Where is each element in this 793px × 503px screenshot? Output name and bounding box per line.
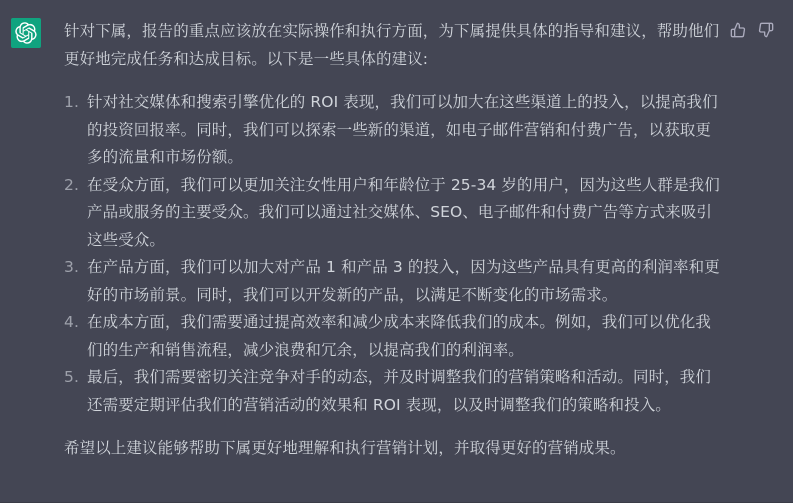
list-item-number: 2. [64,172,79,200]
openai-logo-icon [15,22,37,44]
thumbs-up-button[interactable] [729,21,747,39]
assistant-avatar [11,18,41,48]
list-item: 5. 最后，我们需要密切关注竞争对手的动态，并及时调整我们的营销策略和活动。同时… [64,364,724,419]
thumbs-down-button[interactable] [757,21,775,39]
message-content: 针对下属，报告的重点应该放在实际操作和执行方面，为下属提供具体的指导和建议，帮助… [64,18,724,463]
list-item-text: 最后，我们需要密切关注竞争对手的动态，并及时调整我们的营销策略和活动。同时，我们… [87,368,711,414]
thumbs-up-icon [730,22,746,38]
list-item: 1. 针对社交媒体和搜索引擎优化的 ROI 表现，我们可以加大在这些渠道上的投入… [64,89,724,172]
list-item-text: 在产品方面，我们可以加大对产品 1 和产品 3 的投入，因为这些产品具有更高的利… [87,258,720,304]
list-item: 2. 在受众方面，我们可以更加关注女性用户和年龄位于 25-34 岁的用户，因为… [64,172,724,255]
list-item-number: 5. [64,364,79,392]
closing-paragraph: 希望以上建议能够帮助下属更好地理解和执行营销计划，并取得更好的营销成果。 [64,435,724,463]
intro-paragraph: 针对下属，报告的重点应该放在实际操作和执行方面，为下属提供具体的指导和建议，帮助… [64,18,724,73]
thumbs-down-icon [758,22,774,38]
list-item: 3. 在产品方面，我们可以加大对产品 1 和产品 3 的投入，因为这些产品具有更… [64,254,724,309]
feedback-buttons [729,21,775,39]
list-item-text: 在受众方面，我们可以更加关注女性用户和年龄位于 25-34 岁的用户，因为这些人… [87,176,720,249]
list-item-number: 4. [64,309,79,337]
list-item: 4. 在成本方面，我们需要通过提高效率和减少成本来降低我们的成本。例如，我们可以… [64,309,724,364]
list-item-number: 1. [64,89,79,117]
list-item-text: 在成本方面，我们需要通过提高效率和减少成本来降低我们的成本。例如，我们可以优化我… [87,313,711,359]
list-item-text: 针对社交媒体和搜索引擎优化的 ROI 表现，我们可以加大在这些渠道上的投入，以提… [87,93,718,166]
list-item-number: 3. [64,254,79,282]
assistant-message: 针对下属，报告的重点应该放在实际操作和执行方面，为下属提供具体的指导和建议，帮助… [0,0,793,503]
suggestion-list: 1. 针对社交媒体和搜索引擎优化的 ROI 表现，我们可以加大在这些渠道上的投入… [64,89,724,419]
